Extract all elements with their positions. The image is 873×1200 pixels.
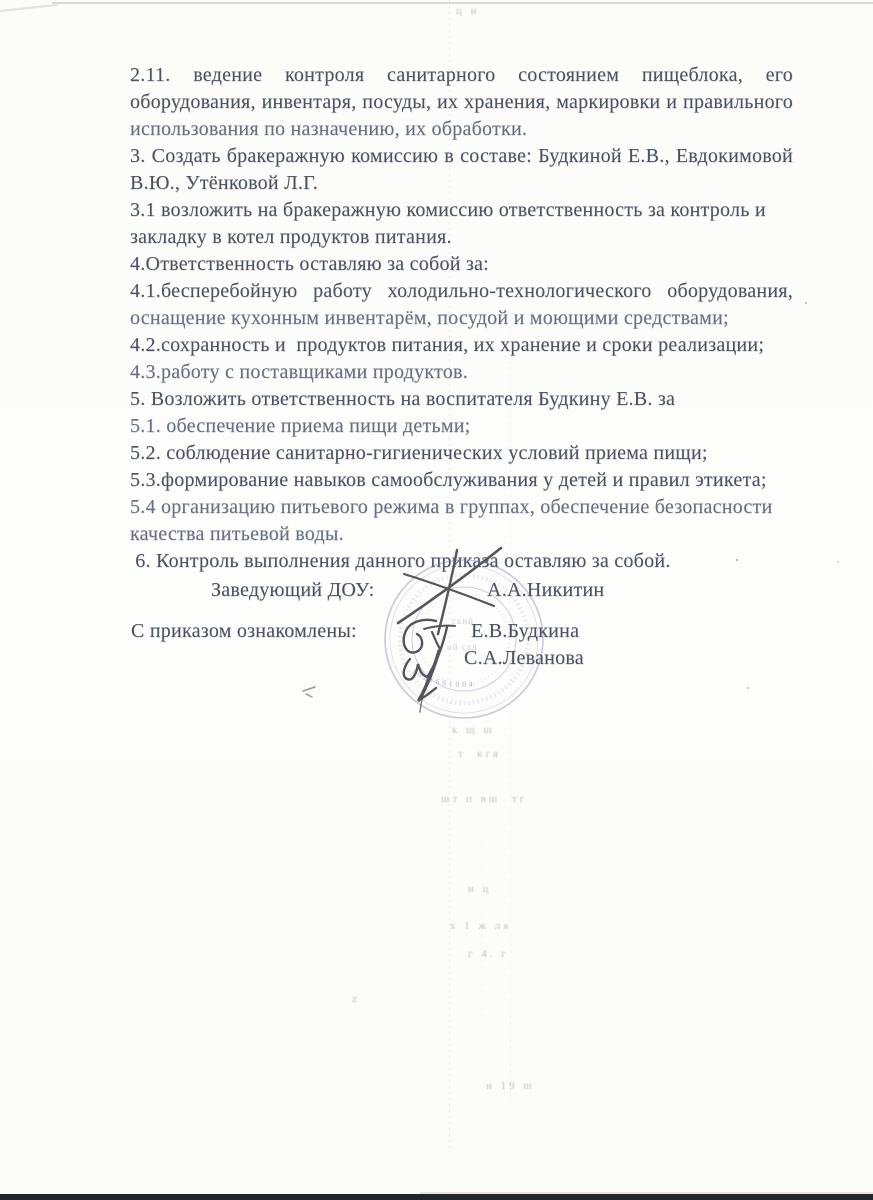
scan-specks xyxy=(736,302,839,689)
ack-signature-2 xyxy=(404,651,439,712)
stray-pen-mark xyxy=(303,687,315,697)
head-signature xyxy=(398,548,501,634)
handwritten-signatures xyxy=(0,0,873,1200)
scanned-page: ц ик щ шт кгяшт п вш тги цх 1 ж ляг 4. г… xyxy=(0,0,873,1200)
ack-signature-1 xyxy=(404,620,455,676)
